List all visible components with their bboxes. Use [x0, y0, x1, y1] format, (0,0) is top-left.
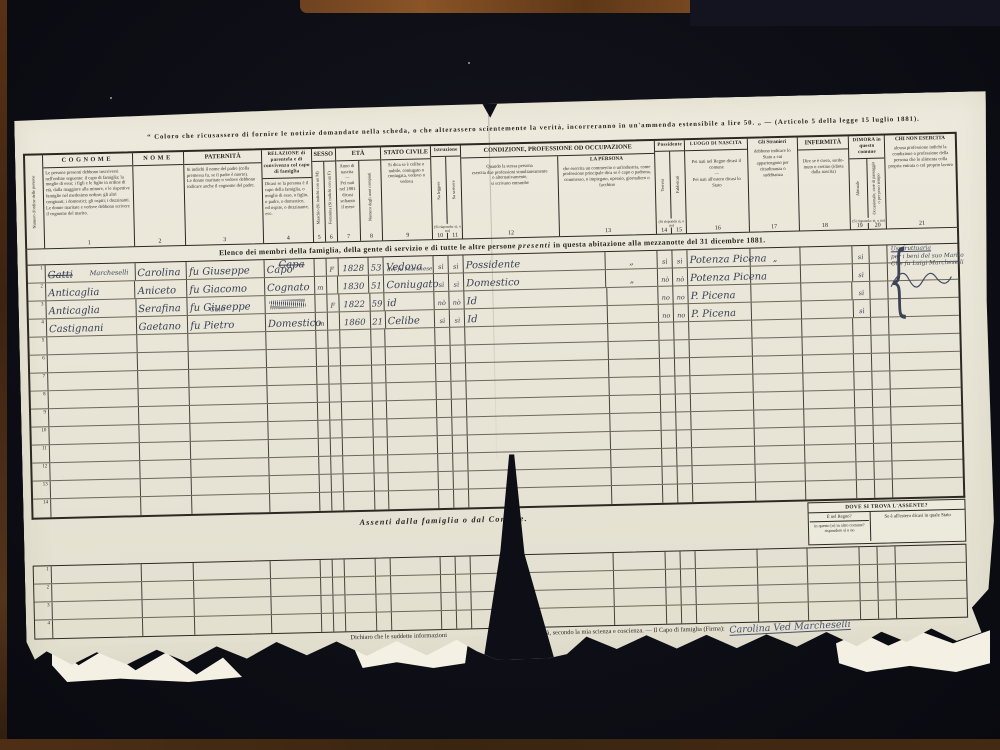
cell-anno [340, 348, 371, 366]
cell-paternita: fu GiuseppeGatti [188, 296, 266, 315]
cell-persona [615, 606, 667, 625]
cell-straniero [751, 284, 801, 302]
cell-cognome: Anticaglia [46, 299, 136, 318]
cell-n: 8 [31, 391, 49, 408]
cell-relazione [268, 421, 318, 439]
handwritten-persona: „ [630, 275, 635, 285]
cell-sesso_f [330, 438, 342, 455]
cell-nome [142, 581, 194, 599]
cell-straniero [752, 337, 802, 355]
cell-persona [607, 305, 659, 323]
col-chi-non-esercita: CHI NON ESERCITA alcuna professione indi… [885, 134, 957, 229]
handwritten-paternita: fu Pietro [190, 320, 234, 332]
cell-stato: Coniugato [384, 274, 434, 292]
cell-condizione [467, 396, 610, 416]
cell-dim_o [870, 245, 888, 262]
declaration-left: Dichiaro che le suddette informazioni [350, 632, 447, 641]
cell-fabbricati [680, 551, 695, 568]
cell-scrivere: sì [449, 255, 464, 272]
cell-persona: „ [606, 251, 658, 269]
cell-cognome [48, 353, 138, 372]
cell-terreni [659, 323, 674, 340]
handwritten-luogo: P. Picena [691, 290, 736, 302]
col-luogo-nascita: LUOGO DI NASCITA Pei nati nel Regno dica… [685, 139, 750, 233]
cell-anno [346, 613, 377, 632]
handwritten-terreni: no [662, 312, 670, 320]
cell-cognome [52, 600, 142, 619]
cell-nome [141, 496, 193, 515]
cell-anno: 1860 [340, 312, 371, 330]
cell-infermita [808, 547, 860, 565]
handwritten-cognome: Castignani [49, 323, 104, 335]
cell-sesso_f [328, 312, 340, 329]
cell-infermita [804, 408, 856, 426]
handwritten-luogo: Potenza Picena [690, 271, 767, 284]
cell-anni [377, 594, 392, 611]
cell-infermita [801, 264, 853, 282]
cell-condizione [471, 553, 614, 573]
cell-persona [611, 485, 663, 504]
cell-dim_a [860, 547, 878, 564]
cell-nome [143, 617, 195, 636]
cell-infermita [803, 372, 855, 390]
cell-sesso_f [334, 595, 346, 612]
cell-nome: Aniceto [135, 280, 187, 298]
cell-sesso_f [330, 402, 342, 419]
fabbricati-label: Fabbricati [675, 153, 681, 216]
cell-anni [375, 491, 390, 509]
cell-luogo [691, 411, 754, 429]
cell-scrivere [451, 345, 466, 362]
cell-sesso_f [330, 420, 342, 437]
cell-straniero [753, 373, 803, 391]
cell-condizione: Domestico [464, 270, 607, 290]
cell-sesso_m [315, 295, 327, 312]
cell-nome [139, 424, 191, 442]
handwritten-leggere: sì [440, 317, 446, 325]
cell-leggere [442, 611, 457, 629]
cell-sesso_f: F [327, 294, 339, 311]
cell-condizione [465, 324, 608, 344]
cell-nome [140, 460, 192, 478]
cell-luogo [691, 393, 754, 411]
cell-leggere [436, 346, 451, 363]
cell-terreni [662, 430, 677, 447]
cell-fabbricati [675, 340, 690, 357]
cell-chi [897, 599, 967, 619]
paternita-desc: Si indichi il nome del padre (colla prem… [185, 163, 262, 193]
cell-dim_a [855, 390, 873, 407]
cell-condizione: Id [465, 306, 608, 326]
cell-anno [345, 577, 376, 595]
cell-relazione [265, 295, 315, 313]
cell-leggere [436, 364, 451, 381]
handwritten-persona: „ [629, 257, 634, 267]
cell-n: 4 [29, 319, 47, 336]
col-number: 18 [799, 221, 850, 230]
cell-terreni: sì [658, 251, 673, 268]
cell-dim_o [879, 600, 897, 618]
cell-sesso_f [334, 613, 346, 631]
handwritten-anno: 1860 [344, 318, 366, 329]
cell-nome [139, 442, 191, 460]
cell-straniero [754, 391, 804, 409]
cell-dim_o [878, 546, 896, 563]
dove-regno-cell: È nel Regno? in questo [o] in altro comu… [809, 512, 872, 542]
cell-n: 5 [29, 337, 47, 354]
handwritten-sesso_m: m [318, 320, 324, 328]
cell-chi [896, 545, 966, 564]
cell-dim_a: sì [852, 264, 870, 281]
stato-civile-desc: Si dica se è celibe o nubile, coniugato … [382, 159, 431, 188]
handwritten-cognome: Gatti [48, 270, 73, 282]
cell-chi [891, 370, 961, 389]
cell-luogo: P. Picena [689, 303, 752, 321]
cell-nome: Carolina [135, 262, 187, 280]
cell-nome [137, 352, 189, 370]
col-cognome: COGNOME Le persone presenti debbono insc… [43, 153, 135, 248]
handwritten-fabbricati: sì [677, 257, 683, 265]
cell-condizione [471, 571, 614, 591]
handwritten-paternita: fu Giacomo [189, 284, 247, 296]
cell-luogo [696, 586, 759, 604]
cell-cognome [47, 335, 137, 354]
cell-anni [373, 437, 388, 454]
col-number: 2 [134, 237, 185, 246]
cell-sesso_m [317, 367, 329, 384]
cell-sesso_m [319, 457, 331, 474]
cell-condizione [471, 589, 614, 609]
cell-nome [138, 406, 190, 424]
cell-persona [614, 570, 666, 588]
cell-n: 6 [30, 355, 48, 372]
handwritten-anno: 1830 [343, 282, 365, 293]
cell-leggere [438, 436, 453, 453]
cell-dim_a [860, 583, 878, 600]
cell-anni [372, 365, 387, 382]
cell-fabbricati: no [673, 286, 688, 303]
cell-sesso_m [318, 421, 330, 438]
handwritten-fabbricati: no [677, 293, 685, 301]
cell-leggere [439, 472, 454, 489]
cell-leggere: nò [435, 292, 450, 309]
cell-luogo [695, 550, 758, 568]
cell-sesso_f [331, 456, 343, 473]
occasionale-label: Occasionale, cioè di passaggio o per poc… [871, 161, 882, 216]
cell-anni [371, 347, 386, 364]
cell-chi [896, 581, 966, 600]
cell-dim_o [872, 353, 890, 370]
cell-dim_a: sì [853, 282, 871, 299]
handwritten-relazione: Domestico [268, 318, 322, 330]
col-istruzione: Istruzione Sa leggere Sa scrivere (Si ri… [431, 145, 463, 239]
cell-chi: Usufruttuariaper i beni del suo MaritoCh… [888, 244, 958, 263]
cell-scrivere [456, 574, 471, 591]
handwritten-condizione: Possidente [466, 259, 521, 271]
cell-sesso_m [316, 349, 328, 366]
cell-straniero [752, 302, 802, 320]
cell-condizione [469, 486, 612, 507]
cell-infermita [805, 462, 857, 480]
col-possidente: Possidente Terreni Fabbricati (Si rispon… [655, 140, 687, 234]
cell-paternita [189, 368, 267, 387]
numero-ordine-label: Numero d'ordine delle persone [31, 157, 38, 246]
handwritten-leggere: sì [439, 281, 445, 289]
cell-stato [391, 575, 441, 593]
cell-nome [138, 388, 190, 406]
cell-condizione [466, 360, 609, 380]
handwritten-anno: 1828 [342, 264, 364, 275]
handwritten-luogo: P. Picena [691, 308, 736, 320]
wood-table-edge-top [300, 0, 706, 13]
cell-terreni [663, 466, 678, 483]
cell-dim_a [856, 408, 874, 425]
cell-scrivere [452, 417, 467, 434]
cell-relazione [268, 403, 318, 421]
cell-anno: 1822 [339, 294, 370, 312]
cell-dim_o [875, 479, 893, 497]
cell-leggere [441, 575, 456, 592]
cell-stato [387, 382, 437, 400]
cell-luogo [692, 429, 755, 447]
luogo-desc: Pei nati nel Regno dicasi il comune — Pe… [685, 150, 748, 225]
cell-stato [392, 611, 442, 630]
infermita-title: INFERMITÀ [797, 136, 848, 150]
cell-sesso_m [317, 385, 329, 402]
cell-persona [611, 467, 663, 485]
cell-n: 12 [32, 463, 50, 480]
cell-dim_o [872, 335, 890, 352]
cell-terreni [660, 358, 675, 375]
cell-relazione: Cognato [265, 277, 315, 295]
cell-sesso_f [332, 492, 344, 510]
col-infermita: INFERMITÀ Dire se è cieco, sordo-muto o … [797, 136, 851, 230]
handwritten-leggere: sì [438, 263, 444, 271]
sa-scrivere-label: Sa scrivere [451, 159, 457, 222]
handwritten-luogo: Potenza Picena [689, 253, 766, 266]
cell-straniero [753, 355, 803, 373]
cell-chi [893, 460, 963, 479]
cell-cognome [49, 407, 139, 426]
cell-terreni [662, 448, 677, 465]
cell-straniero [755, 463, 805, 481]
cell-luogo: Potenza Picena [688, 267, 751, 285]
tear-gap [447, 630, 535, 632]
cell-relazione [270, 493, 320, 512]
cell-straniero [752, 319, 802, 337]
cell-n: 1 [28, 265, 46, 282]
col-sesso: SESSO Maschio (Si indichi con un M)5 Fem… [312, 148, 338, 242]
handwritten-relazione: Cognato [267, 282, 310, 294]
handwritten-anno: 1822 [343, 300, 365, 311]
sesso-maschio-label: Maschio (Si indichi con un M) [315, 163, 322, 232]
cell-fabbricati: no [674, 304, 689, 321]
cell-sesso_m [316, 331, 328, 348]
cell-persona [608, 341, 660, 359]
eta-anni-label: Numero degli anni compiuti [367, 162, 374, 231]
cell-dim_a: sì [852, 246, 870, 263]
cell-infermita [804, 426, 856, 444]
cell-leggere: sì [434, 256, 449, 273]
dust-speck [110, 97, 112, 99]
cell-sesso_f: F [326, 258, 338, 275]
cell-scrivere: sì [449, 273, 464, 290]
cell-nome: Serafina [136, 298, 188, 316]
cell-sesso_m [322, 614, 334, 632]
cell-relazione [269, 457, 319, 475]
handwritten-anni: 21 [372, 317, 383, 327]
cell-n: 3 [28, 301, 46, 318]
cell-infermita [806, 480, 858, 499]
handwritten-nome: Aniceto [138, 285, 177, 297]
cell-persona [611, 449, 663, 467]
cell-chi [890, 334, 960, 353]
cell-stato: Celibe [385, 310, 435, 328]
cell-sesso_m [318, 403, 330, 420]
sa-leggere-label: Sa leggere [436, 159, 442, 222]
cell-anno [343, 474, 374, 492]
col-dimora: DIMORA in questo comune Abituale Occasio… [849, 135, 887, 229]
cell-nome [142, 599, 194, 617]
cell-n: 13 [33, 481, 51, 498]
abituale-label: Abituale [856, 161, 862, 216]
cell-anno [344, 492, 375, 511]
dimora-title: DIMORA in questo comune [849, 136, 884, 160]
la-persona-desc: che esercita un commercio o un'industria… [559, 161, 657, 228]
cell-sesso_m: m [316, 313, 328, 330]
cell-n: 7 [30, 373, 48, 390]
cell-terreni: no [659, 305, 674, 322]
cell-chi [896, 563, 966, 582]
handwritten-terreni: no [662, 294, 670, 302]
cell-persona [613, 552, 665, 570]
cell-n: 10 [31, 427, 49, 444]
cell-luogo [696, 604, 759, 623]
handwritten-relazione-extra: Capa [278, 259, 304, 271]
cell-nome [141, 563, 193, 581]
cell-condizione [468, 450, 611, 470]
folder-shadow [690, 0, 1000, 26]
cell-stato: Vedovadel fu Marchese [384, 256, 434, 274]
cell-infermita [803, 354, 855, 372]
handwritten-scrivere: nò [453, 299, 461, 307]
cell-dim_o [873, 389, 891, 406]
cell-n: 11 [32, 445, 50, 462]
cell-luogo [690, 357, 753, 375]
cell-fabbricati [678, 484, 693, 502]
cell-dim_o [870, 263, 888, 280]
cell-dim_o [873, 371, 891, 388]
cell-paternita [192, 476, 270, 495]
cell-dim_o [874, 443, 892, 460]
cell-persona [608, 323, 660, 341]
handwritten-anni: 53 [371, 263, 382, 273]
possidente-title: Possidente [655, 140, 684, 152]
cell-scrivere [451, 363, 466, 380]
handwritten-cognome: Anticaglia [48, 287, 99, 299]
handwritten-scrawl [888, 265, 955, 301]
cell-terreni [666, 587, 681, 604]
cell-paternita: fu Giacomo [187, 278, 265, 297]
cell-anni [372, 383, 387, 400]
col-stranieri: Gli Stranieri debbono indicare lo Stato … [748, 138, 800, 232]
cell-luogo [690, 339, 753, 357]
cell-sesso_f [331, 474, 343, 491]
cell-cognome [53, 618, 143, 638]
cell-sesso_m [322, 596, 334, 613]
sesso-title: SESSO [312, 148, 335, 161]
cell-stato [389, 454, 439, 472]
col-numero-ordine: Numero d'ordine delle persone [25, 155, 45, 248]
cell-anni [376, 576, 391, 593]
col-number: 9 [383, 231, 432, 240]
dove-si-trova-box: DOVE SI TROVA L'ASSENTE? È nel Regno? in… [807, 499, 966, 546]
cell-fabbricati: nò [673, 268, 688, 285]
chi-desc: alcuna professione indichi la condizione… [885, 142, 956, 221]
cell-dim_o [871, 281, 889, 298]
cell-persona [609, 395, 661, 413]
cell-scrivere [453, 453, 468, 470]
cell-scrivere [452, 399, 467, 416]
cell-dim_o [874, 425, 892, 442]
cell-terreni [663, 484, 678, 502]
cell-sesso_m: m [315, 277, 327, 294]
cell-straniero [759, 584, 809, 602]
cell-fabbricati [676, 394, 691, 411]
cell-paternita [189, 332, 267, 351]
cell-condizione [472, 607, 615, 628]
handwritten-cognome-extra: Marcheselli [90, 268, 129, 277]
cell-leggere [435, 328, 450, 345]
cell-luogo [692, 447, 755, 465]
cell-stato [388, 418, 438, 436]
handwritten-stato: id [387, 298, 397, 309]
cognome-desc: Le persone presenti debbono inscriversi … [43, 166, 133, 220]
handwritten-terreni: nò [661, 276, 669, 284]
cell-anni [374, 473, 389, 490]
cell-anni [376, 558, 391, 575]
col-number: 17 [750, 223, 799, 232]
cell-dim_o [874, 407, 892, 424]
cell-terreni [661, 376, 676, 393]
col-nome: NOME 2 [132, 152, 186, 246]
cell-terreni [666, 605, 681, 623]
cell-paternita [189, 350, 267, 369]
cell-relazione [266, 331, 316, 349]
cell-stato [392, 593, 442, 611]
cell-cognome [50, 461, 140, 480]
cell-straniero [756, 481, 806, 500]
cell-relazione [271, 560, 321, 578]
cell-anni: 53 [369, 257, 384, 274]
cell-dim_o [871, 299, 889, 316]
handwritten-scrivere: sì [453, 281, 459, 289]
handwritten-fabbricati: nò [676, 275, 684, 283]
cell-paternita [190, 404, 268, 423]
scribbled-out-text [269, 299, 305, 310]
cell-sesso_m [320, 493, 332, 511]
cell-anni: 59 [370, 293, 385, 310]
cell-cognome: Castignani [47, 317, 137, 336]
cell-relazione [272, 596, 322, 614]
cell-stato [391, 557, 441, 575]
cell-fabbricati [676, 412, 691, 429]
cell-paternita [194, 597, 272, 616]
cell-chi [892, 424, 962, 443]
cell-condizione [467, 378, 610, 398]
wood-table-edge-left [0, 0, 7, 750]
handwritten-condizione: Domestico [466, 277, 520, 289]
